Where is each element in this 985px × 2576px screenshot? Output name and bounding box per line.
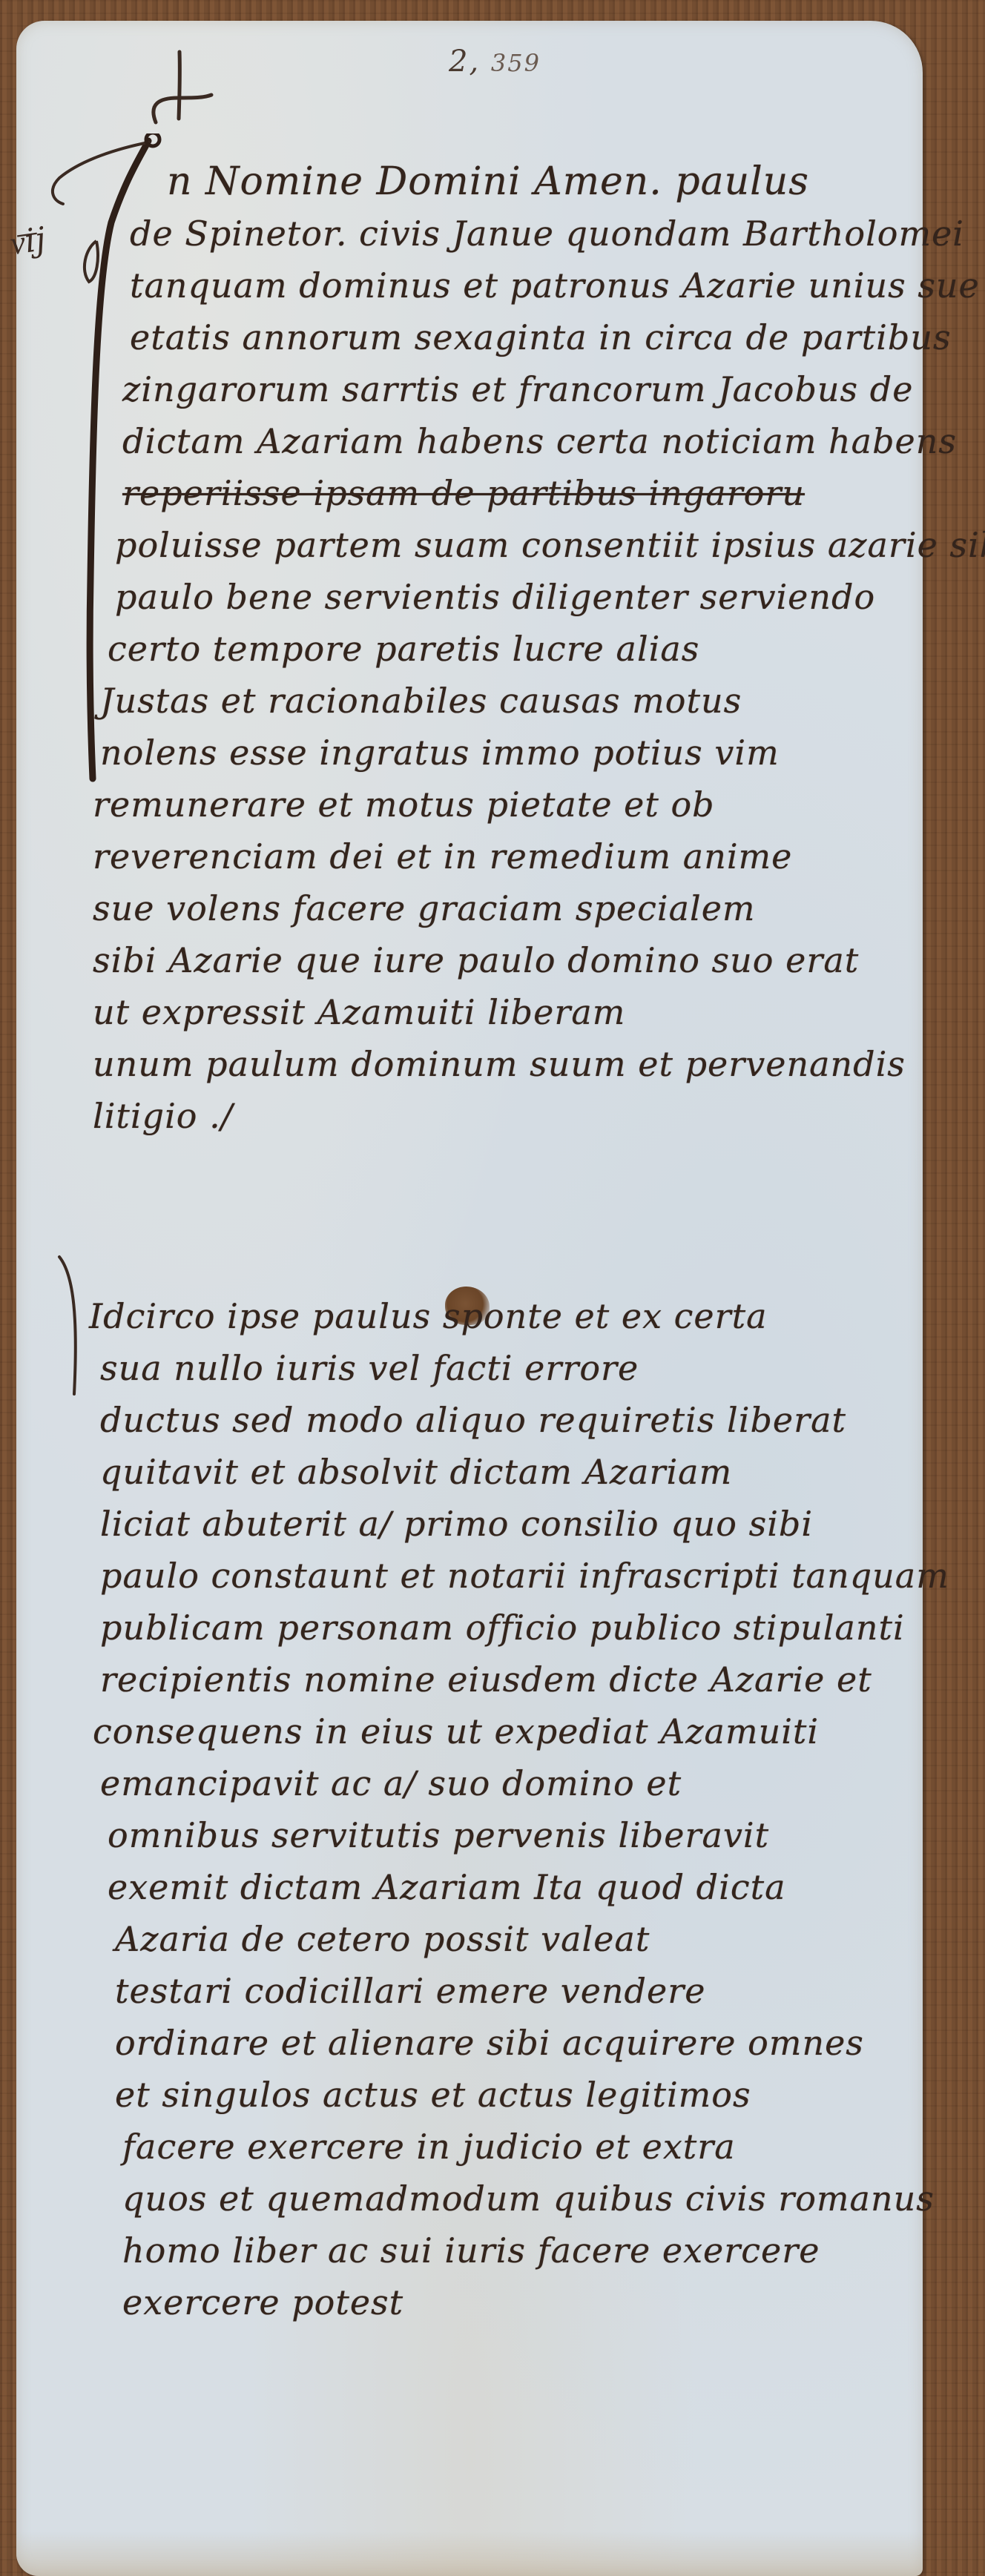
text-line: de Spinetor. civis Janue quondam Barthol… <box>85 208 916 260</box>
folio-number: 2, 359 <box>449 44 541 79</box>
text-line: certo tempore paretis lucre alias <box>85 623 916 675</box>
text-line: paulo constaunt et notarii infrascripti … <box>85 1550 916 1602</box>
text-line-struck: reperiisse ipsam de partibus ingaroru <box>85 467 916 519</box>
text-line: exemit dictam Azariam Ita quod dicta <box>85 1861 916 1913</box>
text-line: Idcirco ipse paulus sponte et ex certa <box>85 1290 916 1342</box>
paragraph-1: n Nomine Domini Amen. paulus de Spinetor… <box>85 156 916 1142</box>
text-line: tanquam dominus et patronus Azarie unius… <box>85 260 916 311</box>
text-line: nolens esse ingratus immo potius vim <box>85 727 916 779</box>
text-line: publicam personam officio publico stipul… <box>85 1602 916 1654</box>
text-line: poluisse partem suam consentiit ipsius a… <box>85 519 916 571</box>
text-line: reverenciam dei et in remedium anime <box>85 830 916 882</box>
text-line: Justas et racionabiles causas motus <box>85 675 916 727</box>
text-line: emancipavit ac a/ suo domino et <box>85 1757 916 1809</box>
text-line: quos et quemadmodum quibus civis romanus <box>85 2173 916 2225</box>
text-line: omnibus servitutis pervenis liberavit <box>85 1809 916 1861</box>
text-line: consequens in eius ut expediat Azamuiti <box>85 1705 916 1757</box>
text-line: testari codicillari emere vendere <box>85 1965 916 2017</box>
text-line: facere exercere in judicio et extra <box>85 2121 916 2173</box>
text-line: et singulos actus et actus legitimos <box>85 2069 916 2121</box>
text-line: zingarorum sarrtis et francorum Jacobus … <box>85 363 916 415</box>
text-line: ductus sed modo aliquo requiretis libera… <box>85 1394 916 1446</box>
text-line: sua nullo iuris vel facti errore <box>85 1342 916 1394</box>
text-line: exercere potest <box>85 2276 916 2328</box>
text-line: sibi Azarie que iure paulo domino suo er… <box>85 934 916 986</box>
text-line: n Nomine Domini Amen. paulus <box>85 156 916 208</box>
text-line: litigio ./ <box>85 1090 916 1142</box>
folio-num: 359 <box>491 49 541 77</box>
paragraph-2: Idcirco ipse paulus sponte et ex certa s… <box>85 1290 916 2328</box>
text-line: etatis annorum sexaginta in circa de par… <box>85 311 916 363</box>
text-line: ut expressit Azamuiti liberam <box>85 986 916 1038</box>
folio-prefix: 2 <box>449 44 469 79</box>
text-line: ordinare et alienare sibi acquirere omne… <box>85 2017 916 2069</box>
text-line: quitavit et absolvit dictam Azariam <box>85 1446 916 1498</box>
struck-text: reperiisse ipsam de partibus ingaroru <box>122 473 805 513</box>
text-line: dictam Azariam habens certa noticiam hab… <box>85 415 916 467</box>
text-line: Azaria de cetero possit valeat <box>85 1913 916 1965</box>
text-line: unum paulum dominum suum et pervenandis <box>85 1038 916 1090</box>
text-line: liciat abuterit a/ primo consilio quo si… <box>85 1498 916 1550</box>
cross-mark-icon <box>141 44 223 126</box>
text-line: paulo bene servientis diligenter servien… <box>85 571 916 623</box>
text-line: homo liber ac sui iuris facere exercere <box>85 2225 916 2276</box>
text-line: recipientis nomine eiusdem dicte Azarie … <box>85 1654 916 1705</box>
text-line: remunerare et motus pietate et ob <box>85 779 916 830</box>
text-line: sue volens facere graciam specialem <box>85 882 916 934</box>
